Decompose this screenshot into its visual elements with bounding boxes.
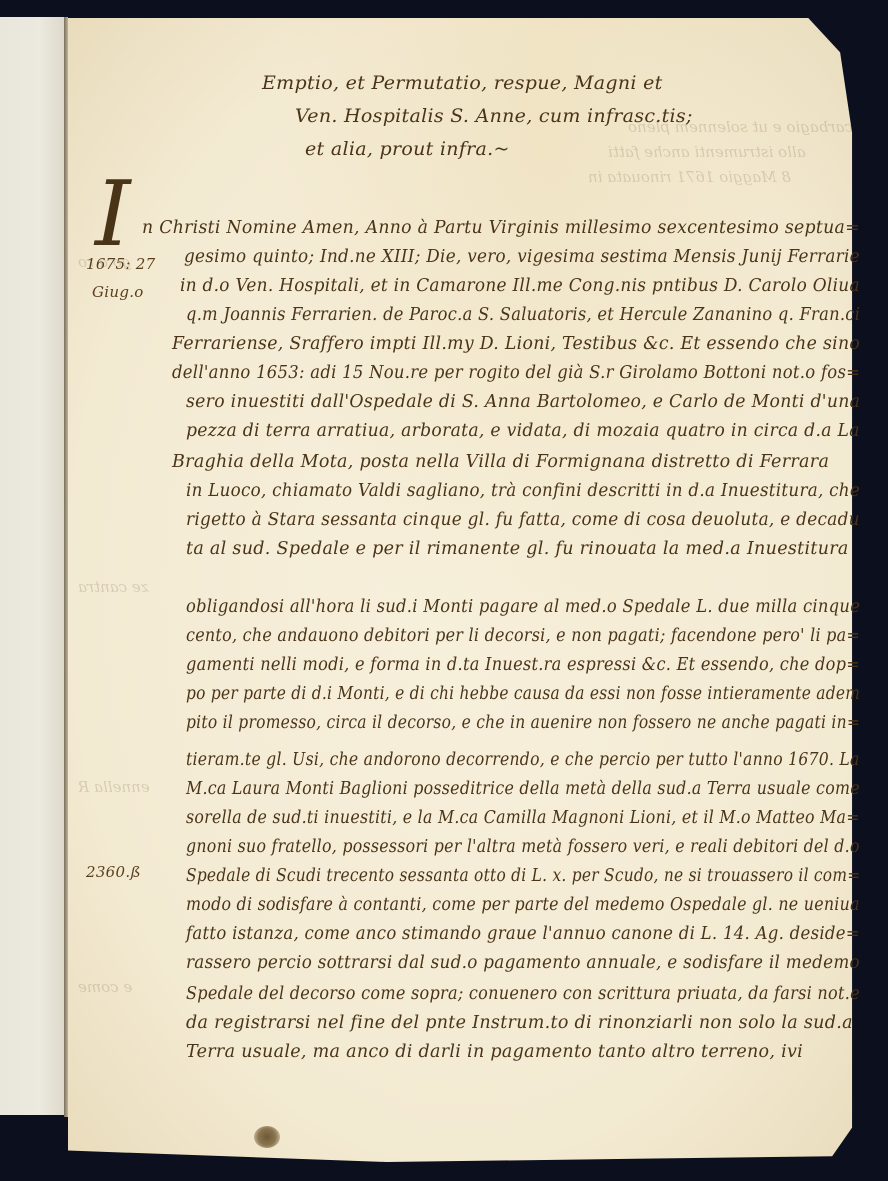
decorated-initial: I	[95, 170, 131, 260]
body-line: dell'anno 1653: adi 15 Nou.re per rogito…	[172, 363, 860, 383]
book-gutter	[64, 17, 68, 1117]
body-line: ta al sud. Spedale e per il rimanente gl…	[186, 539, 849, 559]
body-line: gesimo quinto; Ind.ne XIII; Die, vero, v…	[184, 247, 860, 267]
body-line: da registrarsi nel fine del pnte Instrum…	[186, 1013, 853, 1033]
body-line: pito il promesso, circa il decorso, e ch…	[186, 713, 860, 733]
margin-note-amount: 2360.ß	[86, 863, 141, 881]
body-line: Spedale del decorso come sopra; conuener…	[186, 984, 860, 1004]
body-line: fatto istanza, come anco stimando graue …	[186, 924, 860, 944]
body-line: Ferrariense, Sraffero impti Ill.my D. Li…	[172, 334, 860, 354]
bleed-through-text: ze cantra	[78, 578, 149, 596]
title-line: et alia, prout infra.~	[305, 138, 510, 160]
margin-note-month: Giug.o	[92, 283, 144, 301]
margin-note-date: 1675: 27	[86, 255, 155, 273]
body-line: rassero percio sottrarsi dal sud.o pagam…	[186, 953, 860, 973]
body-line: gamenti nelli modi, e forma in d.ta Inue…	[186, 655, 860, 675]
body-line: tieram.te gl. Usi, che andorono decorren…	[186, 750, 860, 770]
bleed-through-text: allo istrumenti anche fatti	[608, 143, 806, 161]
body-line: M.ca Laura Monti Baglioni posseditrice d…	[186, 779, 860, 799]
ink-stain	[254, 1126, 280, 1148]
bleed-through-text: 8 Maggio 1671 rinouata in	[588, 168, 791, 186]
body-line: obligandosi all'hora li sud.i Monti paga…	[186, 597, 860, 617]
body-line: cento, che andauono debitori per li deco…	[186, 626, 860, 646]
title-line: Ven. Hospitalis S. Anne, cum infrasc.tis…	[295, 105, 693, 127]
body-line: in Luoco, chiamato Valdi sagliano, trà c…	[186, 481, 860, 501]
body-line: q.m Joannis Ferrarien. de Paroc.a S. Sal…	[186, 305, 860, 325]
body-line: in d.o Ven. Hospitali, et in Camarone Il…	[180, 276, 860, 296]
body-line: n Christi Nomine Amen, Anno à Partu Virg…	[142, 218, 860, 238]
body-line: gnoni suo fratello, possessori per l'alt…	[186, 837, 860, 857]
body-line: Braghia della Mota, posta nella Villa di…	[172, 452, 829, 472]
body-line: Terra usuale, ma anco di darli in pagame…	[186, 1042, 803, 1062]
body-line: sero inuestiti dall'Ospedale di S. Anna …	[186, 392, 860, 412]
body-line: pezza di terra arratiua, arborata, e vid…	[186, 421, 860, 441]
body-line: sorella de sud.ti inuestiti, e la M.ca C…	[186, 808, 860, 828]
facing-page-edge	[0, 17, 66, 1115]
bleed-through-text: ennella R	[78, 778, 150, 796]
title-line: Emptio, et Permutatio, respue, Magni et	[262, 72, 663, 94]
body-line: modo di sodisfare à contanti, come per p…	[186, 895, 860, 915]
body-line: po per parte di d.i Monti, e di chi hebb…	[186, 684, 860, 704]
body-line: Spedale di Scudi trecento sessanta otto …	[186, 866, 860, 886]
bleed-through-text: e come	[78, 978, 132, 996]
body-line: rigetto à Stara sessanta cinque gl. fu f…	[186, 510, 860, 530]
